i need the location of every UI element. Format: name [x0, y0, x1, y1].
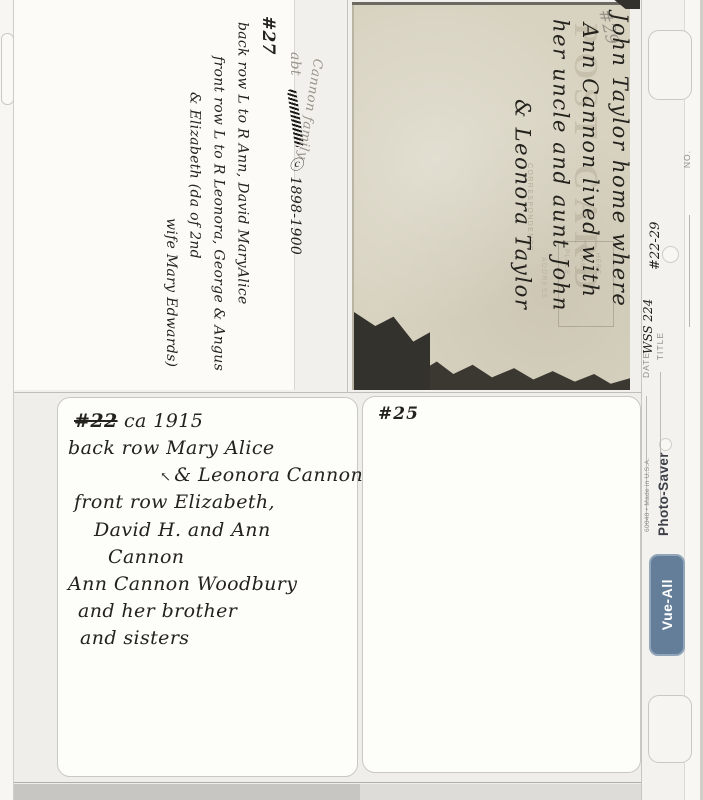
card-27-handwriting: abt ⓒ 1898-1900 #27 back row L to R Ann,… — [132, 6, 306, 388]
card-22-handwriting: #22 ca 1915 back row Mary Alice ↖& Leono… — [68, 408, 348, 652]
card-22-line: back row Mary Alice — [68, 435, 348, 462]
date-label: DATE — [641, 352, 651, 378]
card-22-line: and her brother — [68, 598, 348, 625]
postcard-line: & Leonora Taylor — [507, 13, 537, 383]
photo-saver-brand: Photo-Saver — [656, 424, 671, 536]
sleeve-bottom-strip — [0, 784, 360, 800]
punch-hole — [662, 246, 679, 263]
card-27-line: back row L to R Ann, David MaryAlice — [230, 6, 254, 388]
card-27-abt-note: abt — [287, 52, 303, 76]
no-blank-line — [689, 215, 690, 327]
postcard-back: POST CARD CORRESPONDENCE ADDRESS PLACE S… — [352, 5, 630, 390]
card-22-line: Ann Cannon Woodbury — [68, 571, 348, 598]
left-binder-strip — [0, 0, 14, 800]
card-22-line: David H. and Ann — [68, 517, 348, 544]
punch-hole-tab — [648, 30, 692, 100]
photo-back-card-27: abt ⓒ 1898-1900 #27 back row L to R Ann,… — [14, 0, 295, 390]
vue-all-logo-text: Vue-All — [659, 579, 675, 630]
card-27-line: front row L to R Leonora, George & Angus — [206, 6, 230, 388]
card-22-line: front row Elizabeth, — [68, 489, 348, 516]
card-22-number: #22 — [74, 410, 118, 432]
card-22-line: Cannon — [68, 544, 348, 571]
card-27-line: wife Mary Edwards) — [158, 6, 182, 388]
title-label: TITLE — [655, 332, 665, 360]
postcard-handwriting: John Taylor home where Ann Cannon lived … — [496, 13, 634, 383]
card-27-line: & Elizabeth (da of 2nd — [182, 6, 206, 388]
card-27-date-line: abt ⓒ 1898-1900 — [282, 6, 306, 388]
made-in-usa-print: 60040 • Made in U.S.A. — [644, 432, 651, 532]
card-27-date: ⓒ 1898-1900 — [287, 157, 303, 255]
sleeve-bottom-edge-line — [0, 782, 703, 783]
postcard-line: John Taylor home where — [604, 13, 634, 383]
sleeve-no-handwriting: #22-29 — [648, 160, 663, 270]
insertion-arrow-mark: ↖ — [160, 470, 171, 485]
card-22-title-line: #22 ca 1915 — [68, 408, 348, 435]
left-punch-tab — [1, 33, 14, 105]
card-27-number: #27 — [253, 6, 282, 388]
postcard-line: her uncle and aunt John — [545, 13, 575, 383]
sleeve-title-handwriting: WSS 224 — [641, 290, 655, 354]
photo-back-card-25 — [362, 396, 641, 773]
punch-hole-tab — [648, 695, 692, 763]
no-label: NO. — [682, 150, 692, 168]
card-22-line: and sisters — [68, 625, 348, 652]
vue-all-logo-badge: Vue-All — [649, 554, 685, 656]
photo-sleeve-scan: abt ⓒ 1898-1900 #27 back row L to R Ann,… — [0, 0, 703, 800]
postcard-line: Ann Cannon lived with — [574, 13, 604, 383]
pocket-divider-line — [347, 0, 348, 392]
card-25-number: #25 — [378, 404, 419, 424]
card-22-line: ↖& Leonora Cannon — [68, 462, 348, 489]
torn-paper-remnant — [354, 312, 430, 390]
card-22-date: ca 1915 — [124, 410, 203, 432]
